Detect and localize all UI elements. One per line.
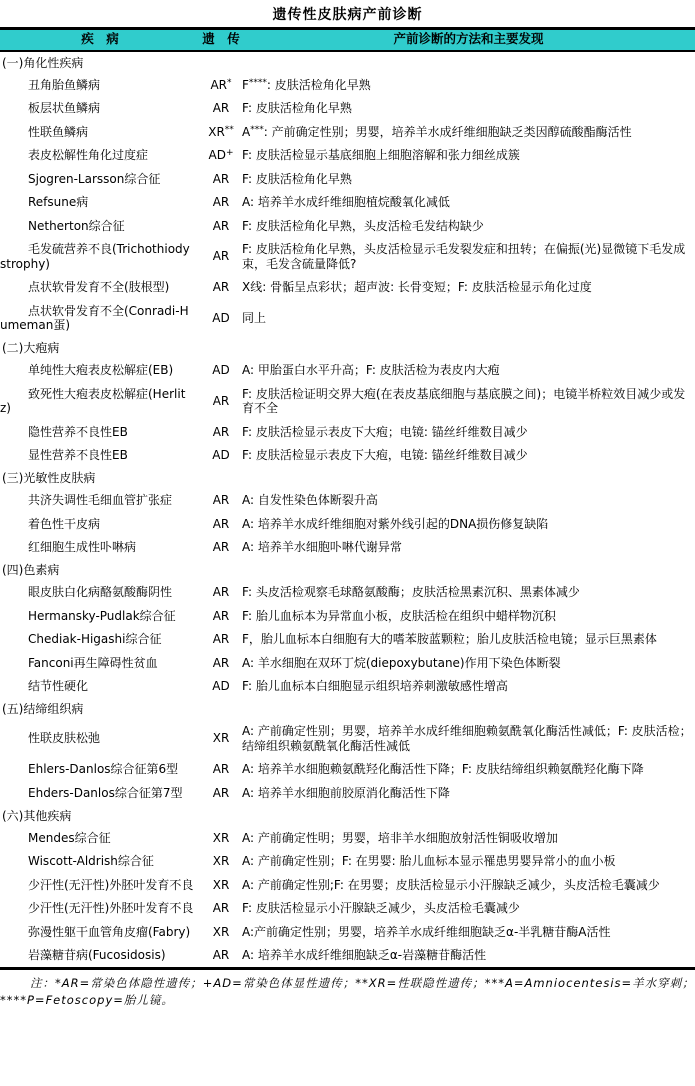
inheritance-value: AR — [200, 581, 242, 605]
disease-name: 性联鱼鳞病 — [0, 120, 200, 144]
method-text: F: 皮肤活检显示小汗腺缺乏减少，头皮活检毛囊减少 — [242, 897, 695, 921]
method-text: F: 皮肤活检证明交界大疱(在表皮基底细胞与基底膜之间)；电镜半桥粒效目减少或发… — [242, 382, 695, 420]
table-row: 点状软骨发育不全(肢根型)ARX线: 骨骺呈点彩状；超声波: 长骨变短；F: 皮… — [0, 276, 695, 300]
method-text: F: 皮肤活检显示基底细胞上细胞溶解和张力细丝成簇 — [242, 144, 695, 168]
inheritance-marker: + — [226, 148, 234, 158]
inheritance-value: AR — [200, 512, 242, 536]
disease-name: 红细胞生成性卟啉病 — [0, 536, 200, 560]
disease-name: Hermansky-Pudlak综合征 — [0, 604, 200, 628]
section-header: (一)角化性疾病 — [0, 51, 695, 74]
method-text: A: 培养羊水细胞赖氨酰羟化酶活性下降；F: 皮肤结缔组织赖氨酰羟化酶下降 — [242, 758, 695, 782]
method-text: F: 胎儿血标本为异常血小板，皮肤活检在组织中蜡样物沉积 — [242, 604, 695, 628]
inheritance-value: AD+ — [200, 144, 242, 168]
table-row: Netherton综合征ARF: 皮肤活检角化早熟，头皮活检毛发结构缺少 — [0, 214, 695, 238]
table-row: 点状软骨发育不全(Conradi-Humeman蛋)AD同上 — [0, 299, 695, 337]
table-row: 显性营养不良性EBADF: 皮肤活检显示表皮下大疱，电镜: 锚丝纤维数目减少 — [0, 444, 695, 468]
disease-name: 岩藻糖苷病(Fucosidosis) — [0, 944, 200, 969]
col-header-method: 产前诊断的方法和主要发现 — [242, 29, 695, 51]
inheritance-value: AR — [200, 489, 242, 513]
inheritance-value: AR — [200, 781, 242, 805]
footnote: 注：*AR=常染色体隐性遗传；+AD=常染色体显性遗传；**XR=性联隐性遗传；… — [0, 975, 695, 1009]
disease-name: 弥漫性躯干血管角皮瘤(Fabry) — [0, 920, 200, 944]
method-text: A: 培养羊水成纤维细胞缺乏α-岩藻糖苷酶活性 — [242, 944, 695, 969]
disease-name: Wiscott-Aldrish综合征 — [0, 850, 200, 874]
method-text: A: 产前确定性别;F: 在男婴；皮肤活检显示小汗腺缺乏减少，头皮活检毛囊减少 — [242, 873, 695, 897]
table-row: 致死性大疱表皮松解症(Herlitz)ARF: 皮肤活检证明交界大疱(在表皮基底… — [0, 382, 695, 420]
method-text: A: 产前确定性明；男婴，培非羊水细胞放射活性铜吸收增加 — [242, 826, 695, 850]
inheritance-value: AR — [200, 944, 242, 969]
inheritance-value: AD — [200, 675, 242, 699]
method-marker: **** — [249, 78, 267, 88]
table-row: Refsune病ARA: 培养羊水成纤维细胞植烷酸氧化减低 — [0, 191, 695, 215]
disease-name: 单纯性大疱表皮松解症(EB) — [0, 359, 200, 383]
method-text: F: 皮肤活检角化早熟，头皮活检显示毛发裂发症和扭转；在偏振(光)显微镜下毛发成… — [242, 238, 695, 276]
inheritance-value: AR — [200, 420, 242, 444]
inheritance-value: AD — [200, 444, 242, 468]
disease-name: Mendes综合征 — [0, 826, 200, 850]
table-row: 着色性干皮病ARA: 培养羊水成纤维细胞对紫外线引起的DNA损伤修复缺陷 — [0, 512, 695, 536]
table-row: 隐性营养不良性EBARF: 皮肤活检显示表皮下大疱；电镜: 锚丝纤维数目减少 — [0, 420, 695, 444]
method-text: X线: 骨骺呈点彩状；超声波: 长骨变短；F: 皮肤活检显示角化过度 — [242, 276, 695, 300]
section-row: (三)光敏性皮肤病 — [0, 467, 695, 489]
disease-name: Ehlers-Danlos综合征第6型 — [0, 758, 200, 782]
col-header-disease: 疾 病 — [0, 29, 200, 51]
disease-name: Sjogren-Larsson综合征 — [0, 167, 200, 191]
method-text: F****: 皮肤活检角化早熟 — [242, 73, 695, 97]
col-header-inheritance: 遗 传 — [200, 29, 242, 51]
disease-name: 少汗性(无汗性)外胚叶发育不良 — [0, 897, 200, 921]
inheritance-marker: * — [227, 78, 232, 88]
method-text: 同上 — [242, 299, 695, 337]
inheritance-value: AD — [200, 359, 242, 383]
table-row: Sjogren-Larsson综合征ARF: 皮肤活检角化早熟 — [0, 167, 695, 191]
inheritance-value: XR** — [200, 120, 242, 144]
method-text: F: 皮肤活检显示表皮下大疱；电镜: 锚丝纤维数目减少 — [242, 420, 695, 444]
inheritance-value: AR — [200, 167, 242, 191]
header-row: 疾 病 遗 传 产前诊断的方法和主要发现 — [0, 29, 695, 51]
disease-name: 表皮松解性角化过度症 — [0, 144, 200, 168]
inheritance-value: XR — [200, 873, 242, 897]
disease-name: Fanconi再生障碍性贫血 — [0, 651, 200, 675]
table-row: Hermansky-Pudlak综合征ARF: 胎儿血标本为异常血小板，皮肤活检… — [0, 604, 695, 628]
section-row: (六)其他疾病 — [0, 805, 695, 827]
inheritance-value: AR — [200, 758, 242, 782]
disease-name: 毛发硫营养不良(Trichothiodystrophy) — [0, 238, 200, 276]
disease-name: 共济失调性毛细血管扩张症 — [0, 489, 200, 513]
inheritance-value: AR — [200, 604, 242, 628]
section-row: (二)大疱病 — [0, 337, 695, 359]
disease-name: 性联皮肤松弛 — [0, 720, 200, 758]
disease-name: 结节性硬化 — [0, 675, 200, 699]
table-body: (一)角化性疾病丑角胎鱼鳞病AR*F****: 皮肤活检角化早熟板层状鱼鳞病AR… — [0, 51, 695, 969]
table-row: Ehders-Danlos综合征第7型ARA: 培养羊水细胞前胶原消化酶活性下降 — [0, 781, 695, 805]
inheritance-value: AR — [200, 214, 242, 238]
method-text: F，胎儿血标本白细胞有大的嗜苯胺蓝颗粒；胎儿皮肤活检电镜；显示巨黑素体 — [242, 628, 695, 652]
table-row: 眼皮肤白化病酪氨酸酶阴性ARF: 头皮活检观察毛球酪氨酸酶；皮肤活检黑素沉积、黑… — [0, 581, 695, 605]
disease-name: Ehders-Danlos综合征第7型 — [0, 781, 200, 805]
table-row: 性联鱼鳞病XR**A***: 产前确定性别；男婴，培养羊水成纤维细胞缺乏类因醇硫… — [0, 120, 695, 144]
table-row: Chediak-Higashi综合征ARF，胎儿血标本白细胞有大的嗜苯胺蓝颗粒；… — [0, 628, 695, 652]
table-header: 疾 病 遗 传 产前诊断的方法和主要发现 — [0, 29, 695, 51]
method-text: F: 皮肤活检角化早熟 — [242, 97, 695, 121]
section-header: (五)结缔组织病 — [0, 698, 695, 720]
inheritance-value: AR* — [200, 73, 242, 97]
method-text: A:产前确定性别；男婴，培养羊水成纤维细胞缺乏α-半乳糖苷酶A活性 — [242, 920, 695, 944]
disease-name: 显性营养不良性EB — [0, 444, 200, 468]
section-row: (五)结缔组织病 — [0, 698, 695, 720]
method-text: A: 羊水细胞在双环丁烷(diepoxybutane)作用下染色体断裂 — [242, 651, 695, 675]
table-row: Wiscott-Aldrish综合征XRA: 产前确定性别；F: 在男婴: 胎儿… — [0, 850, 695, 874]
disease-name: Netherton综合征 — [0, 214, 200, 238]
section-row: (四)色素病 — [0, 559, 695, 581]
disease-name: 板层状鱼鳞病 — [0, 97, 200, 121]
inheritance-value: AR — [200, 97, 242, 121]
table-row: 岩藻糖苷病(Fucosidosis)ARA: 培养羊水成纤维细胞缺乏α-岩藻糖苷… — [0, 944, 695, 969]
table-row: 表皮松解性角化过度症AD+F: 皮肤活检显示基底细胞上细胞溶解和张力细丝成簇 — [0, 144, 695, 168]
table-row: Ehlers-Danlos综合征第6型ARA: 培养羊水细胞赖氨酰羟化酶活性下降… — [0, 758, 695, 782]
method-text: A: 甲胎蛋白水平升高；F: 皮肤活检为表皮内大疱 — [242, 359, 695, 383]
method-text: F: 皮肤活检角化早熟，头皮活检毛发结构缺少 — [242, 214, 695, 238]
inheritance-value: AR — [200, 536, 242, 560]
inheritance-value: XR — [200, 920, 242, 944]
table-row: 板层状鱼鳞病ARF: 皮肤活检角化早熟 — [0, 97, 695, 121]
method-text: A: 培养羊水成纤维细胞对紫外线引起的DNA损伤修复缺陷 — [242, 512, 695, 536]
disease-name: 隐性营养不良性EB — [0, 420, 200, 444]
disease-name: 眼皮肤白化病酪氨酸酶阴性 — [0, 581, 200, 605]
inheritance-marker: ** — [225, 125, 234, 135]
table-row: 丑角胎鱼鳞病AR*F****: 皮肤活检角化早熟 — [0, 73, 695, 97]
table-row: 弥漫性躯干血管角皮瘤(Fabry)XRA:产前确定性别；男婴，培养羊水成纤维细胞… — [0, 920, 695, 944]
table-row: 毛发硫营养不良(Trichothiodystrophy)ARF: 皮肤活检角化早… — [0, 238, 695, 276]
method-text: A: 产前确定性别；F: 在男婴: 胎儿血标本显示罹患男婴异常小的血小板 — [242, 850, 695, 874]
diagnosis-table: 疾 病 遗 传 产前诊断的方法和主要发现 (一)角化性疾病丑角胎鱼鳞病AR*F*… — [0, 27, 695, 970]
method-text: F: 皮肤活检角化早熟 — [242, 167, 695, 191]
table-row: 少汗性(无汗性)外胚叶发育不良ARF: 皮肤活检显示小汗腺缺乏减少，头皮活检毛囊… — [0, 897, 695, 921]
inheritance-value: AR — [200, 628, 242, 652]
disease-name: Refsune病 — [0, 191, 200, 215]
method-text: A: 培养羊水细胞卟啉代谢异常 — [242, 536, 695, 560]
method-text: F: 头皮活检观察毛球酪氨酸酶；皮肤活检黑素沉积、黑素体减少 — [242, 581, 695, 605]
method-text: A: 自发性染色体断裂升高 — [242, 489, 695, 513]
inheritance-value: AR — [200, 897, 242, 921]
disease-name: 点状软骨发育不全(肢根型) — [0, 276, 200, 300]
table-row: Mendes综合征XRA: 产前确定性明；男婴，培非羊水细胞放射活性铜吸收增加 — [0, 826, 695, 850]
inheritance-value: AR — [200, 238, 242, 276]
inheritance-value: XR — [200, 826, 242, 850]
table-row: 共济失调性毛细血管扩张症ARA: 自发性染色体断裂升高 — [0, 489, 695, 513]
disease-name: Chediak-Higashi综合征 — [0, 628, 200, 652]
method-text: A: 培养羊水细胞前胶原消化酶活性下降 — [242, 781, 695, 805]
section-header: (二)大疱病 — [0, 337, 695, 359]
inheritance-value: AD — [200, 299, 242, 337]
table-row: 红细胞生成性卟啉病ARA: 培养羊水细胞卟啉代谢异常 — [0, 536, 695, 560]
table-row: Fanconi再生障碍性贫血ARA: 羊水细胞在双环丁烷(diepoxybuta… — [0, 651, 695, 675]
method-text: A***: 产前确定性别；男婴，培养羊水成纤维细胞缺乏类因醇硫酸酯酶活性 — [242, 120, 695, 144]
section-header: (三)光敏性皮肤病 — [0, 467, 695, 489]
section-row: (一)角化性疾病 — [0, 51, 695, 74]
inheritance-value: XR — [200, 720, 242, 758]
disease-name: 丑角胎鱼鳞病 — [0, 73, 200, 97]
method-text: F: 皮肤活检显示表皮下大疱，电镜: 锚丝纤维数目减少 — [242, 444, 695, 468]
table-row: 性联皮肤松弛XRA: 产前确定性别；男婴，培养羊水成纤维细胞赖氨酰氧化酶活性减低… — [0, 720, 695, 758]
method-marker: *** — [250, 125, 264, 135]
document-page: 遗传性皮肤病产前诊断 疾 病 遗 传 产前诊断的方法和主要发现 (一)角化性疾病… — [0, 0, 695, 1086]
table-row: 结节性硬化ADF: 胎儿血标本白细胞显示组织培养刺激敏感性增高 — [0, 675, 695, 699]
disease-name: 着色性干皮病 — [0, 512, 200, 536]
method-text: A: 产前确定性别；男婴，培养羊水成纤维细胞赖氨酰氧化酶活性减低；F: 皮肤活检… — [242, 720, 695, 758]
inheritance-value: AR — [200, 276, 242, 300]
inheritance-value: AR — [200, 382, 242, 420]
table-row: 少汗性(无汗性)外胚叶发育不良XRA: 产前确定性别;F: 在男婴；皮肤活检显示… — [0, 873, 695, 897]
section-header: (六)其他疾病 — [0, 805, 695, 827]
disease-name: 少汗性(无汗性)外胚叶发育不良 — [0, 873, 200, 897]
disease-name: 点状软骨发育不全(Conradi-Humeman蛋) — [0, 299, 200, 337]
disease-name: 致死性大疱表皮松解症(Herlitz) — [0, 382, 200, 420]
inheritance-value: AR — [200, 651, 242, 675]
section-header: (四)色素病 — [0, 559, 695, 581]
inheritance-value: XR — [200, 850, 242, 874]
page-title: 遗传性皮肤病产前诊断 — [0, 0, 695, 27]
method-text: F: 胎儿血标本白细胞显示组织培养刺激敏感性增高 — [242, 675, 695, 699]
method-text: A: 培养羊水成纤维细胞植烷酸氧化减低 — [242, 191, 695, 215]
inheritance-value: AR — [200, 191, 242, 215]
table-row: 单纯性大疱表皮松解症(EB)ADA: 甲胎蛋白水平升高；F: 皮肤活检为表皮内大… — [0, 359, 695, 383]
